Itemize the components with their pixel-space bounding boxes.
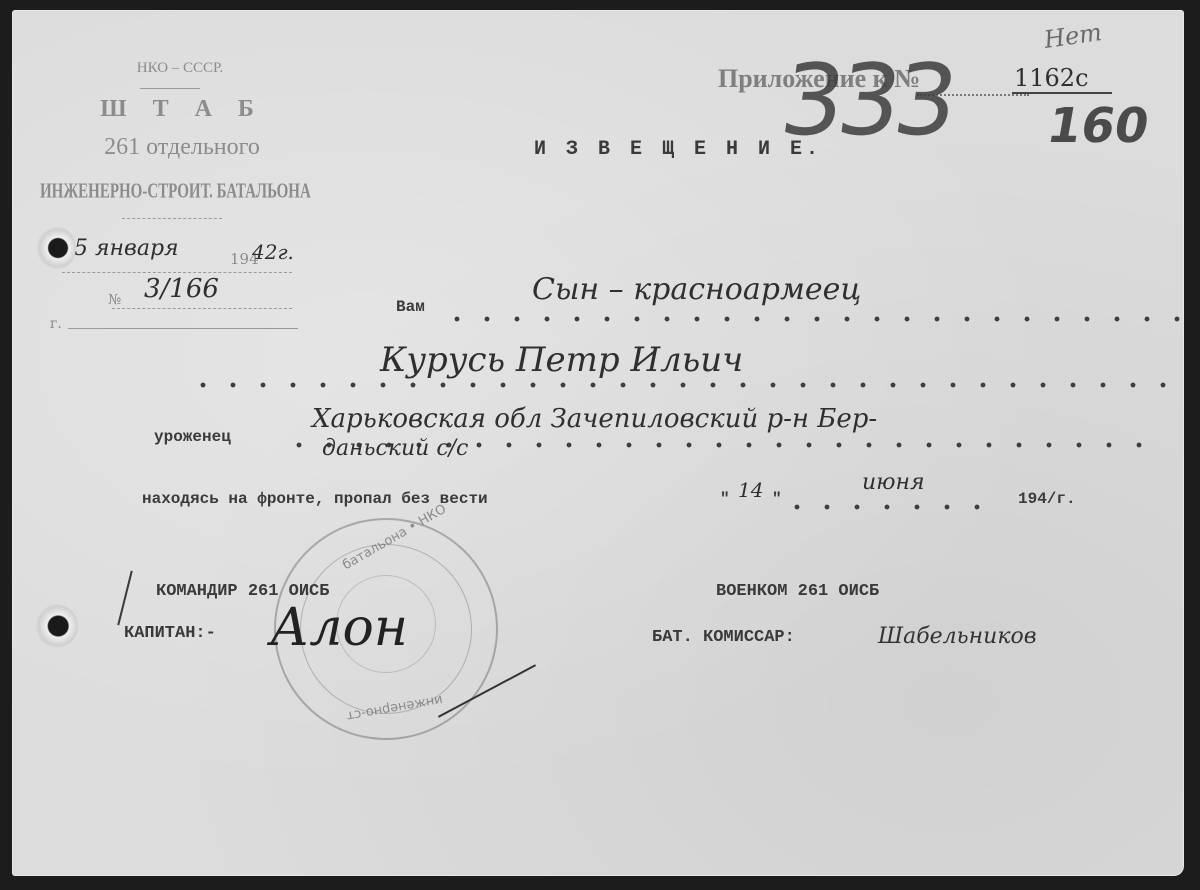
date-day-month: 15 января bbox=[60, 236, 179, 261]
handwritten-number-160: 160 bbox=[1043, 98, 1153, 154]
document-paper: НКО – СССР. Ш Т А Б 261 отдельного ИНЖЕН… bbox=[12, 10, 1184, 876]
native-label: уроженец bbox=[154, 428, 231, 446]
date-underline bbox=[62, 272, 292, 273]
date-open-quote: " bbox=[720, 490, 730, 508]
missing-year: 194/г. bbox=[1018, 490, 1076, 508]
to-dotted-line bbox=[442, 316, 1182, 322]
to-label: Вам bbox=[396, 298, 425, 316]
stamp-underline bbox=[122, 218, 222, 219]
stamp-divider bbox=[140, 88, 200, 89]
date-year: 42г. bbox=[252, 240, 294, 264]
stamp-unit-number: 261 отдельного bbox=[52, 134, 312, 161]
commander-rank: КАПИТАН:- bbox=[124, 624, 216, 643]
document-title: И З В Е Щ Е Н И Е. bbox=[534, 138, 822, 161]
stamp-shtab: Ш Т А Б bbox=[72, 96, 292, 123]
to-value: Сын – красноармеец bbox=[532, 272, 861, 307]
commander-signature: Алон bbox=[270, 598, 408, 658]
commissar-rank: БАТ. КОМИССАР: bbox=[652, 628, 795, 647]
date-close-quote: " bbox=[772, 490, 782, 508]
city-prefix: г. bbox=[50, 316, 62, 332]
attachment-fraction-line bbox=[1012, 92, 1112, 94]
pencil-tick-mark bbox=[117, 571, 132, 626]
punch-hole-top bbox=[36, 226, 76, 270]
missing-day: 14 bbox=[738, 478, 763, 502]
stamp-nko-ussr: НКО – СССР. bbox=[100, 60, 260, 77]
number-prefix: № bbox=[108, 292, 121, 308]
native-place-line1: Харьковская обл Зачепиловский р-н Бер- bbox=[312, 404, 877, 434]
commissar-title: ВОЕНКОМ 261 ОИСБ bbox=[716, 582, 879, 601]
month-dotted-line bbox=[782, 504, 1002, 510]
attachment-number: 1162с bbox=[1014, 64, 1089, 92]
stamp-battalion-name: ИНЖЕНЕРНО-СТРОИТ. БАТАЛЬОНА bbox=[40, 181, 310, 205]
punch-hole-bottom bbox=[34, 604, 78, 648]
city-line bbox=[68, 328, 298, 329]
missing-month: июня bbox=[862, 470, 925, 495]
name-dotted-line bbox=[188, 382, 1178, 388]
native-place-line2: даньский с/с bbox=[322, 436, 468, 461]
soldier-name: Курусь Петр Ильич bbox=[380, 340, 743, 380]
number-underline bbox=[112, 308, 292, 309]
handwritten-note-top: Нет bbox=[1042, 18, 1103, 54]
commissar-signature: Шабельников bbox=[878, 624, 1037, 649]
outgoing-number: 3/166 bbox=[144, 274, 219, 304]
